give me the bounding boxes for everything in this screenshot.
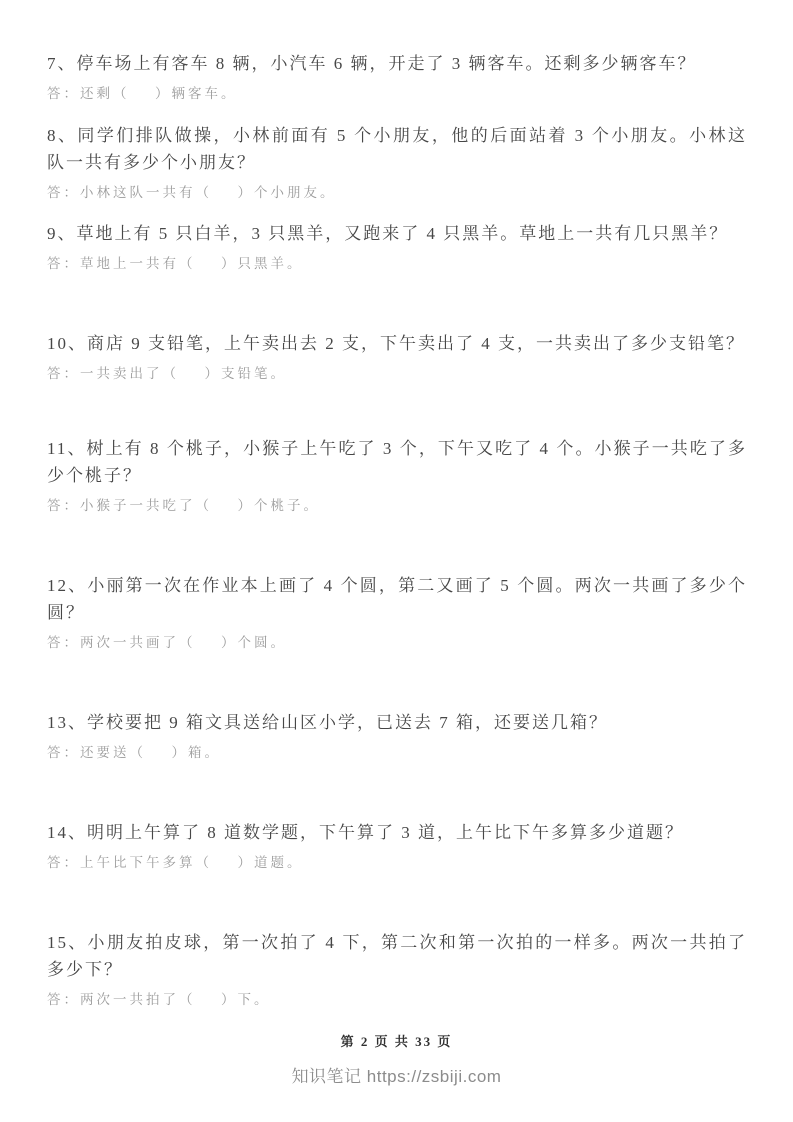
problem-item-10: 10、商店 9 支铅笔，上午卖出去 2 支，下午卖出了 4 支，一共卖出了多少支… [47, 330, 747, 383]
problem-answer-blank: 答：小林这队一共有（ ）个小朋友。 [47, 184, 747, 202]
problem-answer-blank: 答：还要送（ ）箱。 [47, 744, 747, 762]
problem-item-13: 13、学校要把 9 箱文具送给山区小学，已送去 7 箱，还要送几箱？ 答：还要送… [47, 709, 747, 762]
problem-answer-blank: 答：两次一共拍了（ ）下。 [47, 991, 747, 1009]
problem-item-14: 14、明明上午算了 8 道数学题，下午算了 3 道，上午比下午多算多少道题？ 答… [47, 819, 747, 872]
worksheet-page: 7、停车场上有客车 8 辆，小汽车 6 辆，开走了 3 辆客车。还剩多少辆客车？… [0, 0, 793, 1122]
problem-item-9: 9、草地上有 5 只白羊，3 只黑羊，又跑来了 4 只黑羊。草地上一共有几只黑羊… [47, 220, 747, 273]
problem-question: 13、学校要把 9 箱文具送给山区小学，已送去 7 箱，还要送几箱？ [47, 709, 747, 736]
problem-item-12: 12、小丽第一次在作业本上画了 4 个圆，第二又画了 5 个圆。两次一共画了多少… [47, 572, 747, 652]
problem-question: 7、停车场上有客车 8 辆，小汽车 6 辆，开走了 3 辆客车。还剩多少辆客车？ [47, 50, 747, 77]
problems-list: 7、停车场上有客车 8 辆，小汽车 6 辆，开走了 3 辆客车。还剩多少辆客车？… [47, 50, 747, 1009]
problem-question: 14、明明上午算了 8 道数学题，下午算了 3 道，上午比下午多算多少道题？ [47, 819, 747, 846]
problem-answer-blank: 答：一共卖出了（ ）支铅笔。 [47, 365, 747, 383]
problem-answer-blank: 答：小猴子一共吃了（ ）个桃子。 [47, 497, 747, 515]
watermark-text: 知识笔记 https://zsbiji.com [0, 1062, 793, 1087]
problem-item-15: 15、小朋友拍皮球，第一次拍了 4 下，第二次和第一次拍的一样多。两次一共拍了多… [47, 929, 747, 1009]
problem-answer-blank: 答：两次一共画了（ ）个圆。 [47, 634, 747, 652]
problem-question: 15、小朋友拍皮球，第一次拍了 4 下，第二次和第一次拍的一样多。两次一共拍了多… [47, 929, 747, 983]
problem-question: 8、同学们排队做操，小林前面有 5 个小朋友，他的后面站着 3 个小朋友。小林这… [47, 122, 747, 176]
problem-item-11: 11、树上有 8 个桃子，小猴子上午吃了 3 个，下午又吃了 4 个。小猴子一共… [47, 435, 747, 515]
problem-answer-blank: 答：草地上一共有（ ）只黑羊。 [47, 255, 747, 273]
problem-item-7: 7、停车场上有客车 8 辆，小汽车 6 辆，开走了 3 辆客车。还剩多少辆客车？… [47, 50, 747, 103]
problem-question: 11、树上有 8 个桃子，小猴子上午吃了 3 个，下午又吃了 4 个。小猴子一共… [47, 435, 747, 489]
page-number: 第 2 页 共 33 页 [0, 1031, 793, 1050]
problem-question: 9、草地上有 5 只白羊，3 只黑羊，又跑来了 4 只黑羊。草地上一共有几只黑羊… [47, 220, 747, 247]
problem-answer-blank: 答：上午比下午多算（ ）道题。 [47, 854, 747, 872]
problem-answer-blank: 答：还剩（ ）辆客车。 [47, 85, 747, 103]
problem-item-8: 8、同学们排队做操，小林前面有 5 个小朋友，他的后面站着 3 个小朋友。小林这… [47, 122, 747, 202]
problem-question: 10、商店 9 支铅笔，上午卖出去 2 支，下午卖出了 4 支，一共卖出了多少支… [47, 330, 747, 357]
problem-question: 12、小丽第一次在作业本上画了 4 个圆，第二又画了 5 个圆。两次一共画了多少… [47, 572, 747, 626]
